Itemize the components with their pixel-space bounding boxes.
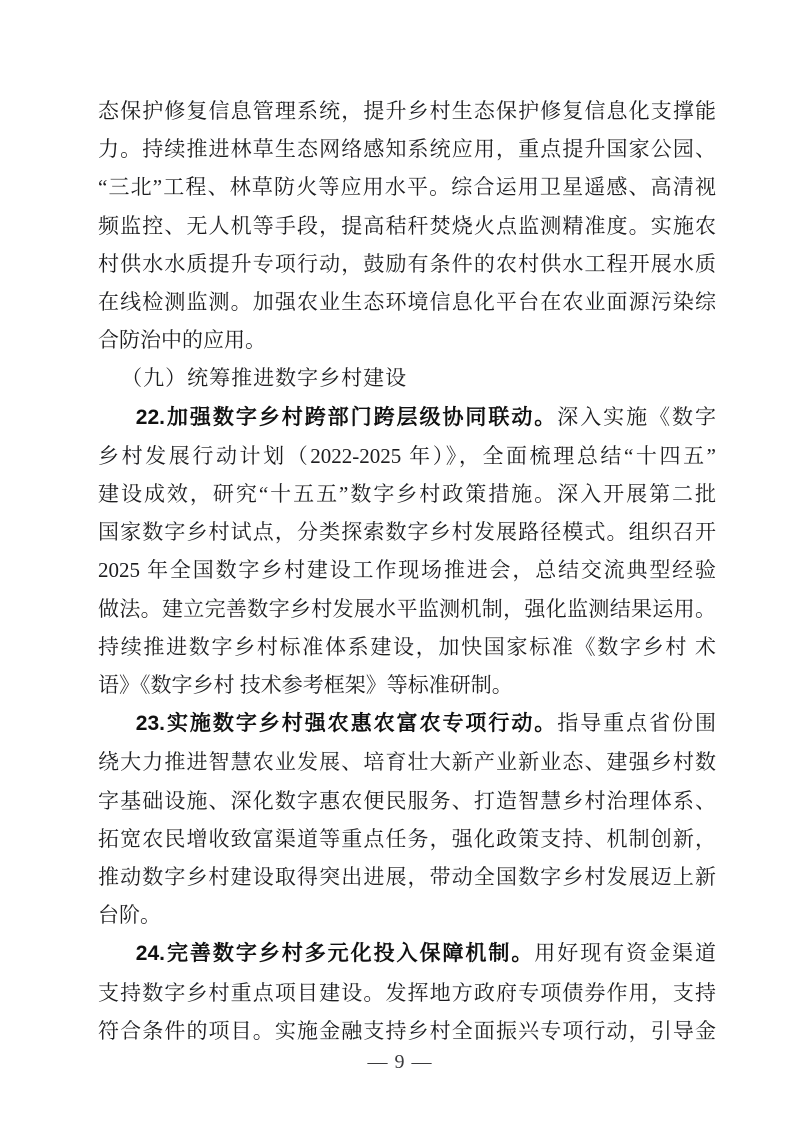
text-run: 绕大力推进智慧农业发展、培育壮大新产业新业态、建强乡村数 <box>98 750 716 774</box>
text-line: 力。持续推进林草生态网络感知系统应用，重点提升国家公园、 <box>98 130 716 168</box>
text-run: 深入实施《数字 <box>557 405 716 429</box>
text-run: 指导重点省份围 <box>557 711 716 735</box>
text-run: 合防治中的应用。 <box>98 328 266 352</box>
text-run: 字基础设施、深化数字惠农便民服务、打造智慧乡村治理体系、 <box>98 789 716 813</box>
text-line: 态保护修复信息管理系统，提升乡村生态保护修复信息化支撑能 <box>98 92 716 130</box>
text-run: 符合条件的项目。实施金融支持乡村全面振兴专项行动，引导金 <box>98 1019 716 1043</box>
text-run: （九）统筹推进数字乡村建设 <box>121 366 407 390</box>
text-line: 建设成效，研究“十五五”数字乡村政策措施。深入开展第二批 <box>98 475 716 513</box>
document-page: 态保护修复信息管理系统，提升乡村生态保护修复信息化支撑能力。持续推进林草生态网络… <box>0 0 800 1130</box>
text-run: 语》《数字乡村 技术参考框架》等标准研制。 <box>98 673 513 697</box>
text-run: 支持数字乡村重点项目建设。发挥地方政府专项债券作用，支持 <box>98 981 716 1005</box>
text-run: 国家数字乡村试点，分类探索数字乡村发展路径模式。组织召开 <box>98 520 716 544</box>
text-run: 台阶。 <box>98 903 161 927</box>
text-run: 拓宽农民增收致富渠道等重点任务，强化政策支持、机制创新， <box>98 827 716 851</box>
text-run: 持续推进数字乡村标准体系建设，加快国家标准《数字乡村 术 <box>98 635 716 659</box>
page-footer: — 9 — <box>0 1048 800 1076</box>
text-run: 建设成效，研究“十五五”数字乡村政策措施。深入开展第二批 <box>98 482 716 506</box>
text-line: 拓宽农民增收致富渠道等重点任务，强化政策支持、机制创新， <box>98 820 716 858</box>
paragraph-bold-lead: 22.加强数字乡村跨部门跨层级协同联动。 <box>136 406 557 429</box>
text-run: “三北”工程、林草防火等应用水平。综合运用卫星遥感、高清视 <box>98 175 716 199</box>
text-run: 推动数字乡村建设取得突出进展，带动全国数字乡村发展迈上新 <box>98 865 716 889</box>
text-run: 村供水水质提升专项行动，鼓励有条件的农村供水工程开展水质 <box>98 252 716 276</box>
text-line: 村供水水质提升专项行动，鼓励有条件的农村供水工程开展水质 <box>98 245 716 283</box>
text-run: 力。持续推进林草生态网络感知系统应用，重点提升国家公园、 <box>98 137 716 161</box>
text-line: 台阶。 <box>98 896 716 934</box>
page-number: — 9 — <box>368 1051 433 1073</box>
text-line: 2025 年全国数字乡村建设工作现场推进会，总结交流典型经验 <box>98 551 716 589</box>
text-run: 频监控、无人机等手段，提高秸秆焚烧火点监测精准度。实施农 <box>98 214 716 238</box>
text-run: 用好现有资金渠道 <box>534 941 716 965</box>
text-line: 24.完善数字乡村多元化投入保障机制。用好现有资金渠道 <box>98 934 716 973</box>
text-line: 22.加强数字乡村跨部门跨层级协同联动。深入实施《数字 <box>98 398 716 437</box>
text-run: 在线检测监测。加强农业生态环境信息化平台在农业面源污染综 <box>98 290 716 314</box>
section-heading: （九）统筹推进数字乡村建设 <box>98 359 716 397</box>
text-run: 2025 年全国数字乡村建设工作现场推进会，总结交流典型经验 <box>98 558 716 582</box>
text-line: 符合条件的项目。实施金融支持乡村全面振兴专项行动，引导金 <box>98 1012 716 1050</box>
text-run: 做法。建立完善数字乡村发展水平监测机制，强化监测结果运用。 <box>98 597 716 621</box>
text-run: 态保护修复信息管理系统，提升乡村生态保护修复信息化支撑能 <box>98 99 716 123</box>
paragraph-bold-lead: 23.实施数字乡村强农惠农富农专项行动。 <box>136 712 557 735</box>
text-line: 23.实施数字乡村强农惠农富农专项行动。指导重点省份围 <box>98 704 716 743</box>
text-line: 持续推进数字乡村标准体系建设，加快国家标准《数字乡村 术 <box>98 628 716 666</box>
text-line: 合防治中的应用。 <box>98 321 716 359</box>
document-text-block: 态保护修复信息管理系统，提升乡村生态保护修复信息化支撑能力。持续推进林草生态网络… <box>98 92 716 1050</box>
text-line: 做法。建立完善数字乡村发展水平监测机制，强化监测结果运用。 <box>98 590 716 628</box>
text-line: 在线检测监测。加强农业生态环境信息化平台在农业面源污染综 <box>98 283 716 321</box>
text-run: 乡村发展行动计划（2022-2025 年）》，全面梳理总结“十四五” <box>98 444 716 468</box>
text-line: “三北”工程、林草防火等应用水平。综合运用卫星遥感、高清视 <box>98 168 716 206</box>
text-line: 推动数字乡村建设取得突出进展，带动全国数字乡村发展迈上新 <box>98 858 716 896</box>
text-line: 语》《数字乡村 技术参考框架》等标准研制。 <box>98 666 716 704</box>
text-line: 乡村发展行动计划（2022-2025 年）》，全面梳理总结“十四五” <box>98 437 716 475</box>
text-line: 字基础设施、深化数字惠农便民服务、打造智慧乡村治理体系、 <box>98 782 716 820</box>
paragraph-bold-lead: 24.完善数字乡村多元化投入保障机制。 <box>136 942 534 965</box>
text-line: 绕大力推进智慧农业发展、培育壮大新产业新业态、建强乡村数 <box>98 743 716 781</box>
text-line: 频监控、无人机等手段，提高秸秆焚烧火点监测精准度。实施农 <box>98 207 716 245</box>
text-line: 国家数字乡村试点，分类探索数字乡村发展路径模式。组织召开 <box>98 513 716 551</box>
text-line: 支持数字乡村重点项目建设。发挥地方政府专项债券作用，支持 <box>98 974 716 1012</box>
